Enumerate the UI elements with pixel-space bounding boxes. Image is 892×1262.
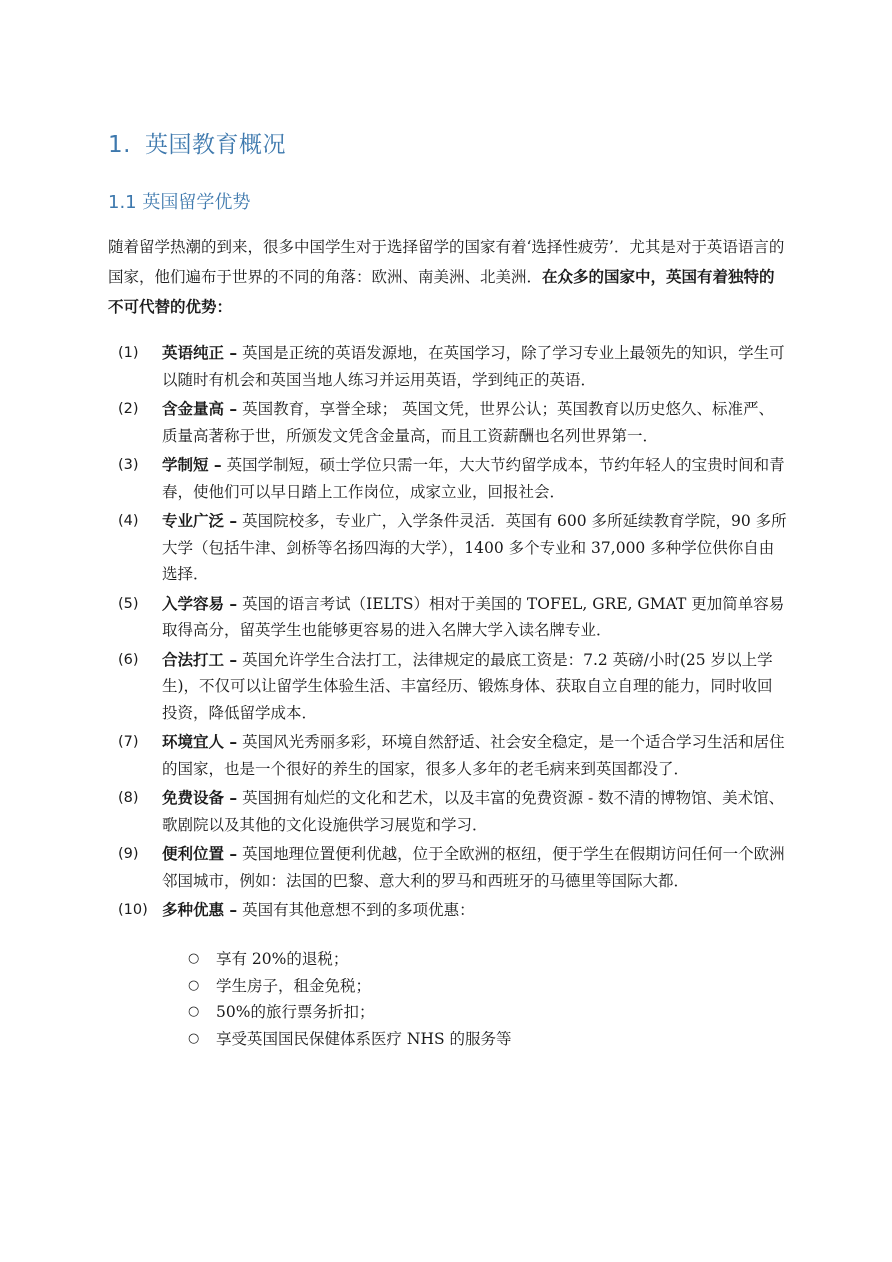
list-item: (10)多种优惠 – 英国有其他意想不到的多项优惠：: [118, 897, 788, 924]
list-item: (3)学制短 – 英国学制短，硕士学位只需一年，大大节约留学成本，节约年轻人的宝…: [118, 452, 788, 505]
list-marker: (1): [118, 340, 162, 393]
sub-list-item: ○学生房子，租金免税；: [188, 973, 512, 1000]
sub-list-item: ○50%的旅行票务折扣；: [188, 999, 512, 1026]
circle-bullet-icon: ○: [188, 946, 216, 973]
list-item: (9)便利位置 – 英国地理位置便利优越，位于全欧洲的枢纽，便于学生在假期访问任…: [118, 841, 788, 894]
item-text: 英国有其他意想不到的多项优惠：: [237, 901, 474, 919]
item-term: 免费设备 –: [162, 789, 237, 807]
item-text: 英国地理位置便利优越，位于全欧洲的枢纽，便于学生在假期访问任何一个欧洲邻国城市，…: [162, 845, 785, 890]
list-marker: (5): [118, 591, 162, 644]
sub-list: ○享有 20%的退税； ○学生房子，租金免税； ○50%的旅行票务折扣； ○享受…: [188, 946, 512, 1052]
sub-list-item: ○享受英国国民保健体系医疗 NHS 的服务等: [188, 1026, 512, 1053]
item-term: 便利位置 –: [162, 845, 237, 863]
list-marker: (8): [118, 785, 162, 838]
circle-bullet-icon: ○: [188, 1026, 216, 1053]
item-text: 英国教育，享誉全球； 英国文凭，世界公认；英国教育以历史悠久、标准严、质量高著称…: [162, 400, 774, 445]
item-text: 英国允许学生合法打工，法律规定的最底工资是：7.2 英磅/小时(25 岁以上学生…: [162, 651, 773, 722]
item-term: 英语纯正 –: [162, 344, 237, 362]
sub-item-text: 享有 20%的退税；: [216, 946, 348, 973]
item-term: 入学容易 –: [162, 595, 237, 613]
item-text: 英国拥有灿烂的文化和艺术，以及丰富的免费资源 - 数不清的博物馆、美术馆、歌剧院…: [162, 789, 784, 834]
item-term: 学制短 –: [162, 456, 222, 474]
heading-2: 1.1 英国留学优势: [108, 188, 250, 214]
advantages-list: (1)英语纯正 – 英国是正统的英语发源地，在英国学习，除了学习专业上最领先的知…: [118, 340, 788, 927]
circle-bullet-icon: ○: [188, 999, 216, 1026]
item-term: 合法打工 –: [162, 651, 237, 669]
sub-item-text: 享受英国国民保健体系医疗 NHS 的服务等: [216, 1026, 512, 1053]
list-marker: (2): [118, 396, 162, 449]
item-text: 英国风光秀丽多彩，环境自然舒适、社会安全稳定，是一个适合学习生活和居住的国家，也…: [162, 733, 785, 778]
list-item: (2)含金量高 – 英国教育，享誉全球； 英国文凭，世界公认；英国教育以历史悠久…: [118, 396, 788, 449]
item-term: 专业广泛 –: [162, 512, 237, 530]
list-marker: (10): [118, 897, 162, 924]
circle-bullet-icon: ○: [188, 973, 216, 1000]
item-text: 英国院校多，专业广，入学条件灵活．英国有 600 多所延续教育学院，90 多所大…: [162, 512, 787, 583]
list-item: (6)合法打工 – 英国允许学生合法打工，法律规定的最底工资是：7.2 英磅/小…: [118, 647, 788, 727]
item-term: 含金量高 –: [162, 400, 237, 418]
list-item: (7)环境宜人 – 英国风光秀丽多彩，环境自然舒适、社会安全稳定，是一个适合学习…: [118, 729, 788, 782]
sub-item-text: 50%的旅行票务折扣；: [216, 999, 374, 1026]
heading-1-text: 英国教育概况: [145, 132, 286, 158]
item-term: 多种优惠 –: [162, 901, 237, 919]
list-marker: (6): [118, 647, 162, 727]
list-item: (5)入学容易 – 英国的语言考试（IELTS）相对于美国的 TOFEL, GR…: [118, 591, 788, 644]
list-marker: (7): [118, 729, 162, 782]
list-item: (1)英语纯正 – 英国是正统的英语发源地，在英国学习，除了学习专业上最领先的知…: [118, 340, 788, 393]
heading-1: 1.英国教育概况: [108, 126, 286, 159]
heading-1-number: 1.: [108, 132, 131, 158]
item-text: 英国的语言考试（IELTS）相对于美国的 TOFEL, GRE, GMAT 更加…: [162, 595, 784, 640]
item-text: 英国是正统的英语发源地，在英国学习，除了学习专业上最领先的知识，学生可以随时有机…: [162, 344, 785, 389]
item-term: 环境宜人 –: [162, 733, 237, 751]
sub-item-text: 学生房子，租金免税；: [216, 973, 371, 1000]
intro-paragraph: 随着留学热潮的到来，很多中国学生对于选择留学的国家有着‘选择性疲劳’．尤其是对于…: [108, 233, 788, 322]
list-item: (8)免费设备 – 英国拥有灿烂的文化和艺术，以及丰富的免费资源 - 数不清的博…: [118, 785, 788, 838]
list-marker: (3): [118, 452, 162, 505]
list-marker: (9): [118, 841, 162, 894]
list-item: (4)专业广泛 – 英国院校多，专业广，入学条件灵活．英国有 600 多所延续教…: [118, 508, 788, 588]
sub-list-item: ○享有 20%的退税；: [188, 946, 512, 973]
item-text: 英国学制短，硕士学位只需一年，大大节约留学成本，节约年轻人的宝贵时间和青春，使他…: [162, 456, 785, 501]
document-page: 1.英国教育概况 1.1 英国留学优势 随着留学热潮的到来，很多中国学生对于选择…: [0, 0, 892, 1262]
list-marker: (4): [118, 508, 162, 588]
